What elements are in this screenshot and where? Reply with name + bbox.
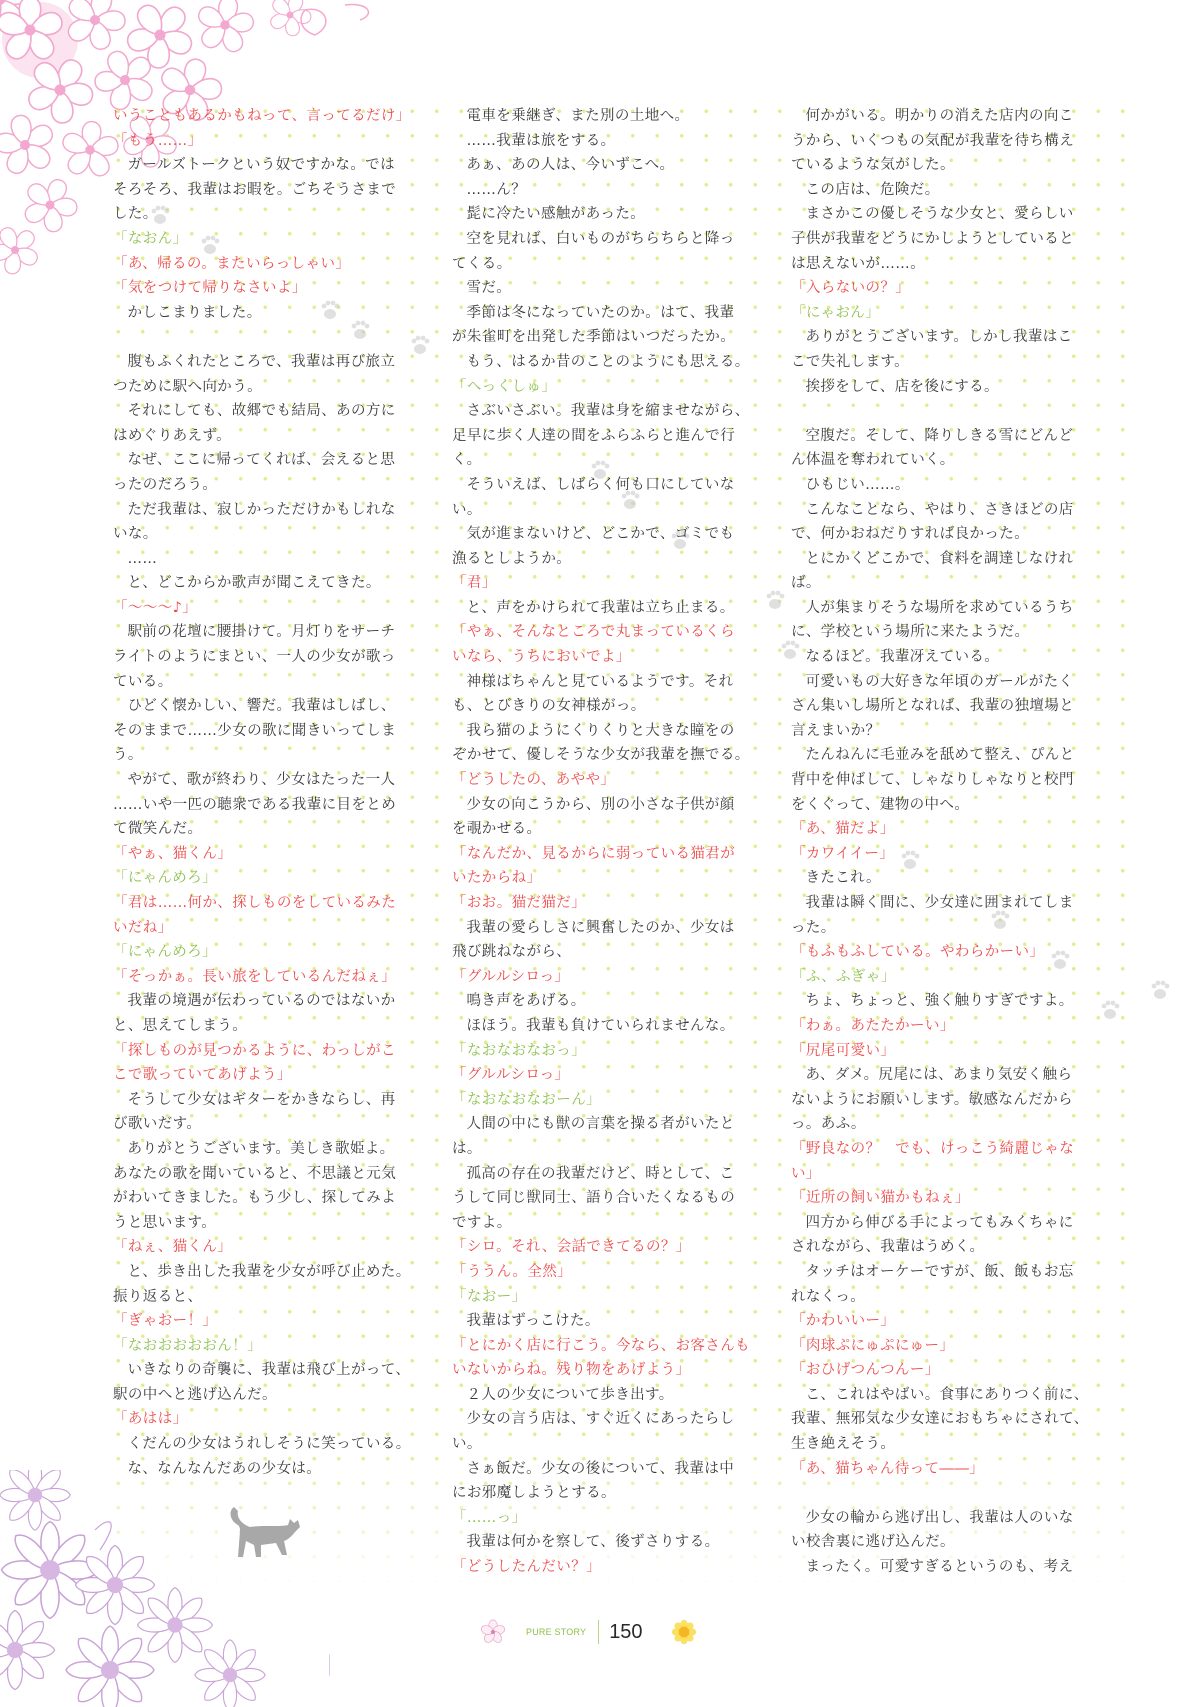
narration-line: ないようにお願いします。敏感なんだから	[791, 1088, 1109, 1113]
narration-line: 電車を乗継ぎ、また別の土地へ。	[452, 104, 770, 129]
dialogue-line-human: 「尻尾可愛い」	[791, 1039, 1109, 1064]
narration-line: と、歩き出した我輩を少女が呼び止めた。	[113, 1260, 431, 1285]
yellow-flower-icon	[671, 1619, 697, 1645]
narration-line: うと思います。	[113, 1211, 431, 1236]
narration-line: て微笑んだ。	[113, 817, 431, 842]
dialogue-line-human: 「わぁ。あたたかーい」	[791, 1014, 1109, 1039]
narration-line: っ。あふ。	[791, 1112, 1109, 1137]
narration-line: ている。	[113, 670, 431, 695]
narration-line: きたこれ。	[791, 866, 1109, 891]
narration-line: こんなことなら、やはり、さきほどの店	[791, 498, 1109, 523]
narration-line: 人間の中にも獣の言葉を操る者がいたと	[452, 1112, 770, 1137]
narration-line: うして同じ獣同士、語り合いたくなるもの	[452, 1186, 770, 1211]
dialogue-line-cat: 「にゃんめろ」	[113, 940, 431, 965]
dialogue-line-cat: 「へっくしゅ」	[452, 375, 770, 400]
narration-line: 挨拶をして、店を後にする。	[791, 375, 1109, 400]
narration-line: 我ら猫のようにくりくりと大きな瞳をの	[452, 719, 770, 744]
narration-line: そういえば、しばらく何も口にしていな	[452, 473, 770, 498]
narration-line: った。	[791, 916, 1109, 941]
narration-line: ２人の少女について歩き出す。	[452, 1383, 770, 1408]
narration-line: 四方から伸びる手によってもみくちゃに	[791, 1211, 1109, 1236]
narration-line: ……	[113, 547, 431, 572]
narration-line: 雪だ。	[452, 276, 770, 301]
dialogue-line-human: いなら、うちにおいでよ」	[452, 645, 770, 670]
narration-line: で、何かおねだりすれば良かった。	[791, 522, 1109, 547]
narration-line: び歌いだす。	[113, 1112, 431, 1137]
narration-line: 我輩の境遇が伝わっているのではないか	[113, 989, 431, 1014]
dialogue-line-human: 「あ、帰るの。またいらっしゃい」	[113, 252, 431, 277]
dialogue-line-human: 「もふもふしている。やわらかーい」	[791, 940, 1109, 965]
dialogue-line-cat: 「なおん」	[113, 227, 431, 252]
narration-line: てくる。	[452, 252, 770, 277]
dialogue-line-cat: 「なおおおおおん！」	[113, 1334, 431, 1359]
narration-line: 何かがいる。明かりの消えた店内の向こ	[791, 104, 1109, 129]
narration-line: も、とびきりの女神様がっ。	[452, 694, 770, 719]
narration-line: ライトのようにまとい、一人の少女が歌っ	[113, 645, 431, 670]
narration-line: 駅の中へと逃げ込んだ。	[113, 1383, 431, 1408]
narration-line: ぞかせて、優しそうな少女が我輩を撫でる。	[452, 743, 770, 768]
narration-line: あぁ、あの人は、今いずこへ。	[452, 153, 770, 178]
narration-line: 腹もふくれたところで、我輩は再び旅立	[113, 350, 431, 375]
narration-line	[113, 325, 431, 350]
text-column-2: 電車を乗継ぎ、また別の土地へ。……我輩は旅をする。あぁ、あの人は、今いずこへ。……	[452, 104, 770, 1580]
dialogue-line-human: 「おひげつんつんー」	[791, 1358, 1109, 1383]
narration-line: ひどく懐かしい、響だ。我輩はしばし、	[113, 694, 431, 719]
narration-line: 気が進まないけど、どこかで、ゴミでも	[452, 522, 770, 547]
dialogue-line-human: 「ぎゃおー！」	[113, 1309, 431, 1334]
narration-line: 漁るとしようか。	[452, 547, 770, 572]
dialogue-line-cat: 「なおなおなおーん」	[452, 1088, 770, 1113]
narration-line: 駅前の花壇に腰掛けて。月灯りをサーチ	[113, 620, 431, 645]
dialogue-line-human: いだね」	[113, 916, 431, 941]
narration-line: なぜ、ここに帰ってくれば、会えると思	[113, 448, 431, 473]
narration-line: とにかくどこかで、食料を調達しなけれ	[791, 547, 1109, 572]
narration-line: ったのだろう。	[113, 473, 431, 498]
narration-line: 孤高の存在の我輩だけど、時として、こ	[452, 1162, 770, 1187]
narration-line: やがて、歌が終わり、少女はたった一人	[113, 768, 431, 793]
dialogue-line-human: 「カワイイー」	[791, 842, 1109, 867]
dialogue-line-human: こで歌っていてあげよう」	[113, 1063, 431, 1088]
narration-line: ん体温を奪われていく。	[791, 448, 1109, 473]
narration-line: 鳴き声をあげる。	[452, 989, 770, 1014]
dialogue-line-human: 「野良なの？ でも、けっこう綺麗じゃな	[791, 1137, 1109, 1162]
dialogue-line-human: 「君」	[452, 571, 770, 596]
narration-line: かしこまりました。	[113, 301, 431, 326]
narration-line: が朱雀町を出発した季節はいつだったか。	[452, 325, 770, 350]
dialogue-line-human: 「〜〜〜♪」	[113, 596, 431, 621]
dialogue-line-human: い」	[791, 1162, 1109, 1187]
dialogue-line-human: 「ううん。全然」	[452, 1260, 770, 1285]
narration-line: う。	[113, 743, 431, 768]
narration-line: 人が集まりそうな場所を求めているうち	[791, 596, 1109, 621]
dialogue-line-human: 「とにかく店に行こう。今なら、お客さんも	[452, 1334, 770, 1359]
narration-line: は思えないが……。	[791, 252, 1109, 277]
narration-line: は。	[452, 1137, 770, 1162]
narration-line: 我輩は瞬く間に、少女達に囲まれてしま	[791, 891, 1109, 916]
narration-line: ちょ、ちょっと、強く触りすぎですよ。	[791, 989, 1109, 1014]
narration-line: うから、いくつもの気配が我輩を待ち構え	[791, 129, 1109, 154]
narration-line: まったく。可愛すぎるというのも、考え	[791, 1555, 1109, 1580]
narration-line: さぶいさぶい。我輩は身を縮ませながら、	[452, 399, 770, 424]
narration-line: いな。	[113, 522, 431, 547]
dialogue-line-human: 「入らないの？」	[791, 276, 1109, 301]
narration-line: 言えまいか？	[791, 719, 1109, 744]
narration-line: ガールズトークという奴ですかな。では	[113, 153, 431, 178]
dialogue-line-human: 「なんだか、見るからに弱っている猫君が	[452, 842, 770, 867]
narration-line: く。	[452, 448, 770, 473]
narration-line: ……ん？	[452, 178, 770, 203]
narration-line: がわいてきました。もう少し、探してみよ	[113, 1186, 431, 1211]
walking-cat-silhouette	[228, 1505, 303, 1565]
narration-line: こ、これはやばい。食事にありつく前に、	[791, 1383, 1109, 1408]
narration-line: 背中を伸ばして、しゃなりしゃなりと校門	[791, 768, 1109, 793]
narration-line	[791, 1481, 1109, 1506]
narration-line: い。	[452, 498, 770, 523]
narration-line: をくぐって、建物の中へ。	[791, 793, 1109, 818]
narration-line: そのままで……少女の歌に聞きいってしま	[113, 719, 431, 744]
narration-line: 子供が我輩をどうにかしようとしていると	[791, 227, 1109, 252]
narration-line: さぁ飯だ。少女の後について、我輩は中	[452, 1457, 770, 1482]
narration-line: あ、ダメ。尻尾には、あまり気安く触ら	[791, 1063, 1109, 1088]
dialogue-line-human: 「やぁ、猫くん」	[113, 842, 431, 867]
narration-line: もう、はるか昔のことのようにも思える。	[452, 350, 770, 375]
narration-line: を覗かせる。	[452, 817, 770, 842]
page-number: 150	[609, 1621, 642, 1644]
narration-line: なるほど。我輩冴えている。	[791, 645, 1109, 670]
narration-line: たんねんに毛並みを舐めて整え、ぴんと	[791, 743, 1109, 768]
dialogue-line-human: 「近所の飼い猫かもねぇ」	[791, 1186, 1109, 1211]
narration-line: そろそろ、我輩はお暇を。ごちそうさまで	[113, 178, 431, 203]
narration-line: 飛び跳ねながら、	[452, 940, 770, 965]
dialogue-line-cat: 「にゃんめろ」	[113, 866, 431, 891]
narration-line: あなたの歌を聞いていると、不思議と元気	[113, 1162, 431, 1187]
dialogue-line-human: 「もう……」	[113, 129, 431, 154]
narration-line: ですよ。	[452, 1211, 770, 1236]
narration-line	[791, 399, 1109, 424]
dialogue-line-human: 「どうしたの、あやや」	[452, 768, 770, 793]
page-footer: PURE STORY 150	[480, 1612, 697, 1652]
dialogue-line-cat: 「にゃおん」	[791, 301, 1109, 326]
narration-line: 我輩はずっこけた。	[452, 1309, 770, 1334]
dialogue-line-human: 「あ、猫ちゃん待って――」	[791, 1457, 1109, 1482]
dialogue-line-human: 「グルルシロっ」	[452, 965, 770, 990]
narration-line: この店は、危険だ。	[791, 178, 1109, 203]
narration-line: いきなりの奇襲に、我輩は飛び上がって、	[113, 1358, 431, 1383]
narration-line: 神様はちゃんと見ているようです。それ	[452, 670, 770, 695]
narration-line: 足早に歩く人達の間をふらふらと進んで行	[452, 424, 770, 449]
dialogue-line-human: 「やぁ、そんなところで丸まっているくら	[452, 620, 770, 645]
narration-line: 振り返ると、	[113, 1285, 431, 1310]
narration-line: ……いや一匹の聴衆である我輩に目をとめ	[113, 793, 431, 818]
dialogue-line-cat: 「なおなおなおっ」	[452, 1039, 770, 1064]
narration-line: と、どこからか歌声が聞こえてきた。	[113, 571, 431, 596]
dialogue-line-cat: 「なおー」	[452, 1285, 770, 1310]
narration-line: ただ我輩は、寂しかっただけかもしれな	[113, 498, 431, 523]
sakura-flower-icon	[480, 1619, 506, 1645]
dialogue-line-human: 「あはは」	[113, 1407, 431, 1432]
narration-line: した。	[113, 202, 431, 227]
dialogue-line-human: 「探しものが見つかるように、わっしがこ	[113, 1039, 431, 1064]
text-column-3: 何かがいる。明かりの消えた店内の向こうから、いくつもの気配が我輩を待ち構えている…	[791, 104, 1109, 1580]
narration-line: ……我輩は旅をする。	[452, 129, 770, 154]
narration-line: 可愛いもの大好きな年頃のガールがたく	[791, 670, 1109, 695]
narration-line: な、なんなんだあの少女は。	[113, 1457, 431, 1482]
narration-line: に、学校という場所に来たようだ。	[791, 620, 1109, 645]
dialogue-line-human: 「おお。猫だ猫だ」	[452, 891, 770, 916]
narration-line: こで失礼します。	[791, 350, 1109, 375]
dialogue-line-human: 「かわいいー」	[791, 1309, 1109, 1334]
narration-line: 空腹だ。そして、降りしきる雪にどんど	[791, 424, 1109, 449]
narration-line: 少女の向こうから、別の小さな子供が顔	[452, 793, 770, 818]
narration-line: ているような気がした。	[791, 153, 1109, 178]
narration-line: と、声をかけられて我輩は立ち止まる。	[452, 596, 770, 621]
narration-line: タッチはオーケーですが、飯、飯もお忘	[791, 1260, 1109, 1285]
narration-line: つために駅へ向かう。	[113, 375, 431, 400]
narration-line: まさかこの優しそうな少女と、愛らしい	[791, 202, 1109, 227]
narration-line: されながら、我輩はうめく。	[791, 1235, 1109, 1260]
narration-line: さん集いし場所となれば、我輩の独壇場と	[791, 694, 1109, 719]
dialogue-line-human: 「シロ。それ、会話できてるの？」	[452, 1235, 770, 1260]
dialogue-line-human: 「どうしたんだい？」	[452, 1555, 770, 1580]
dialogue-line-human: いうこともあるかもねって、言ってるだけ」	[113, 104, 431, 129]
dialogue-line-human: いないからね。残り物をあげよう」	[452, 1358, 770, 1383]
dialogue-line-human: 「肉球ぷにゅぷにゅー」	[791, 1334, 1109, 1359]
narration-line: ひもじい……。	[791, 473, 1109, 498]
dialogue-line-human: 「ねぇ、猫くん」	[113, 1235, 431, 1260]
narration-line: はめぐりあえず。	[113, 424, 431, 449]
narration-line: くだんの少女はうれしそうに笑っている。	[113, 1432, 431, 1457]
text-column-1: いうこともあるかもねって、言ってるだけ」「もう……」ガールズトークという奴ですか…	[113, 104, 431, 1481]
narration-line: ほほう。我輩も負けていられませんな。	[452, 1014, 770, 1039]
narration-line: ありがとうございます。美しき歌姫よ。	[113, 1137, 431, 1162]
dialogue-line-cat: 「ふ、ふぎゃ」	[791, 965, 1109, 990]
dialogue-line-human: 「あ、猫だよ」	[791, 817, 1109, 842]
narration-line: 少女の輪から逃げ出し、我輩は人のいな	[791, 1506, 1109, 1531]
dialogue-line-human: 「気をつけて帰りなさいよ」	[113, 276, 431, 301]
footer-divider	[598, 1620, 599, 1644]
narration-line: 少女の言う店は、すぐ近くにあったらし	[452, 1407, 770, 1432]
narration-line: ば。	[791, 571, 1109, 596]
dialogue-line-human: 「君は……何か、探しものをしているみた	[113, 891, 431, 916]
dialogue-line-cat: 「……っ」	[452, 1506, 770, 1531]
dialogue-line-human: 「グルルシロっ」	[452, 1063, 770, 1088]
narration-line: 季節は冬になっていたのか。はて、我輩	[452, 301, 770, 326]
narration-line: にお邪魔しようとする。	[452, 1481, 770, 1506]
narration-line: 髭に冷たい感触があった。	[452, 202, 770, 227]
narration-line: そうして少女はギターをかきならし、再	[113, 1088, 431, 1113]
narration-line: 空を見れば、白いものがちらちらと降っ	[452, 227, 770, 252]
dialogue-line-human: 「そっかぁ。長い旅をしているんだねぇ」	[113, 965, 431, 990]
narration-line: それにしても、故郷でも結局、あの方に	[113, 399, 431, 424]
narration-line: 我輩の愛らしさに興奮したのか、少女は	[452, 916, 770, 941]
narration-line: い校舎裏に逃げ込んだ。	[791, 1530, 1109, 1555]
narration-line: 生き絶えそう。	[791, 1432, 1109, 1457]
dialogue-line-human: いたからね」	[452, 866, 770, 891]
narration-line: れなくっ。	[791, 1285, 1109, 1310]
book-section-label: PURE STORY	[526, 1627, 586, 1637]
narration-line: ありがとうございます。しかし我輩はこ	[791, 325, 1109, 350]
narration-line: 我輩、無邪気な少女達におもちゃにされて、	[791, 1407, 1109, 1432]
narration-line: と、思えてしまう。	[113, 1014, 431, 1039]
narration-line: い。	[452, 1432, 770, 1457]
narration-line: 我輩は何かを察して、後ずさりする。	[452, 1530, 770, 1555]
